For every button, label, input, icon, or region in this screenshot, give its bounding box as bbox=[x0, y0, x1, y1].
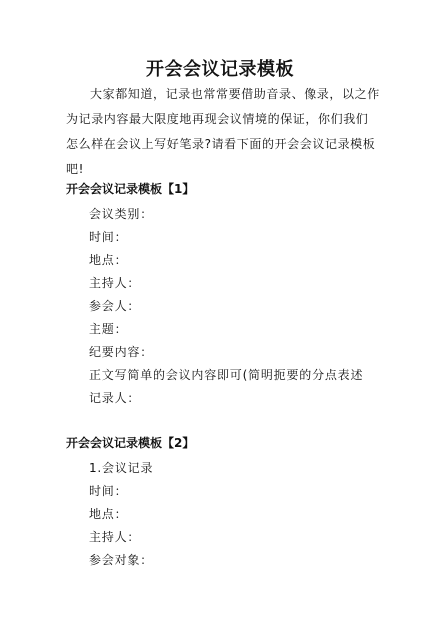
field-recorder: 记录人： bbox=[89, 389, 140, 406]
template-1-heading: 开会会议记录模板【1】 bbox=[66, 180, 194, 197]
field-attendees: 参会人： bbox=[89, 297, 140, 314]
field-time-2: 时间： bbox=[89, 482, 127, 499]
template-2-heading: 开会会议记录模板【2】 bbox=[66, 434, 194, 451]
field-meeting-type: 会议类别： bbox=[89, 205, 153, 222]
field-attendee-targets: 参会对象： bbox=[89, 551, 153, 568]
field-meeting-record: 1.会议记录 bbox=[89, 459, 153, 476]
field-location-2: 地点： bbox=[89, 505, 127, 522]
field-time: 时间： bbox=[89, 228, 127, 245]
field-host-2: 主持人： bbox=[89, 528, 140, 545]
field-body-note: 正文写简单的会议内容即可(简明扼要的分点表述 bbox=[89, 366, 363, 383]
field-host: 主持人： bbox=[89, 274, 140, 291]
field-minutes-content: 纪要内容： bbox=[89, 343, 153, 360]
field-location: 地点： bbox=[89, 251, 127, 268]
intro-paragraph: 大家都知道，记录也常常要借助音录、像录，以之作为记录内容最大限度地再现会议情境的… bbox=[66, 82, 380, 182]
document-title: 开会会议记录模板 bbox=[0, 55, 440, 81]
field-topic: 主题： bbox=[89, 320, 127, 337]
